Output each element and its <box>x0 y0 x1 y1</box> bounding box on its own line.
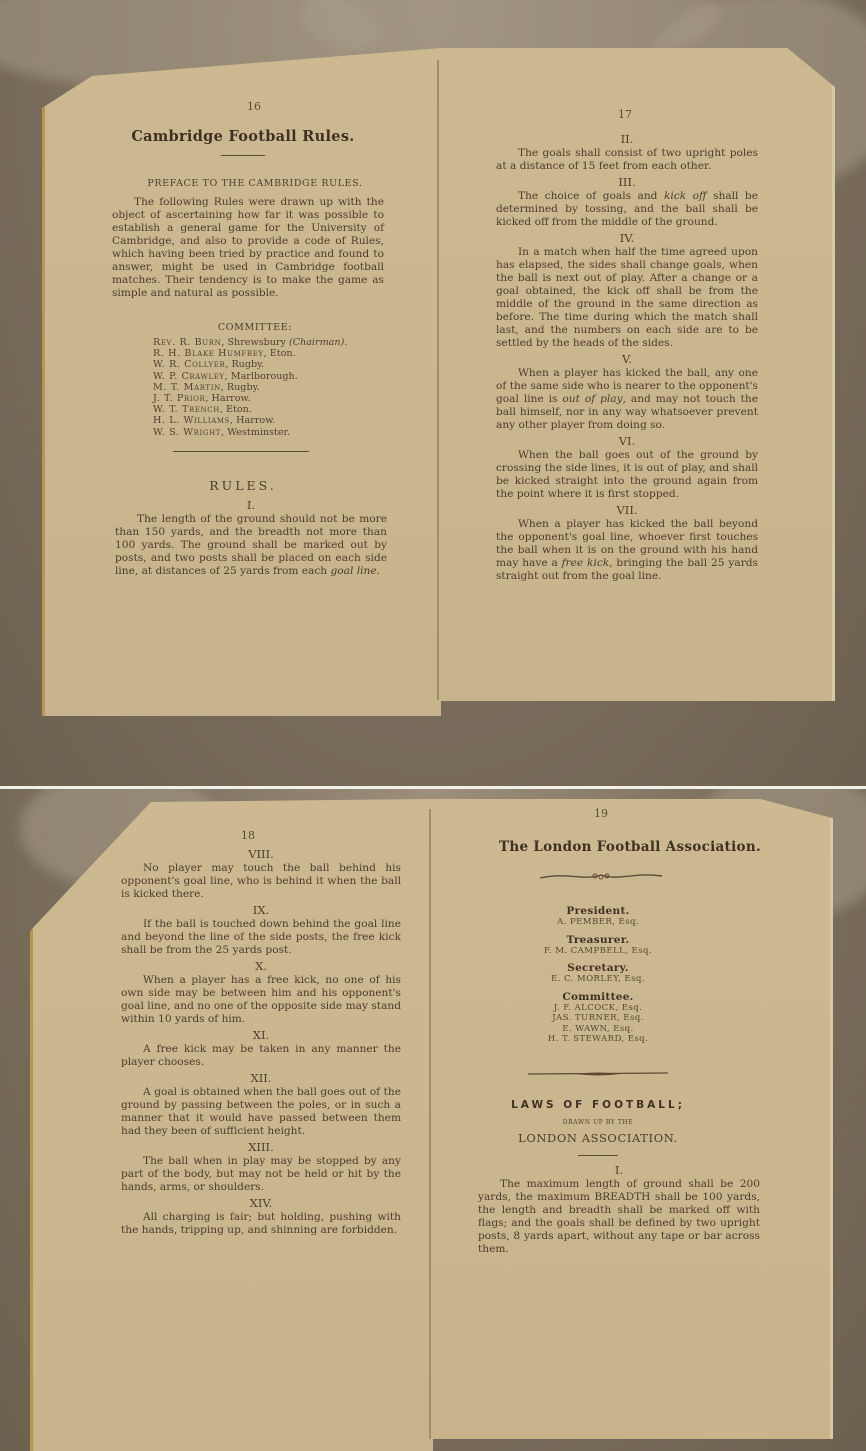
preface-heading: PREFACE TO THE CAMBRIDGE RULES. <box>105 178 405 189</box>
section-rule <box>173 451 309 452</box>
committee-member: W. R. Collyer, Rugby. <box>153 359 413 370</box>
committee-member: R. H. Blake Humfrey, Eton. <box>153 348 413 359</box>
officer-name: H. T. STEWARD, Esq. <box>430 1034 766 1045</box>
rule-text: When a player has kicked the ball, any o… <box>496 367 758 432</box>
page-18: 18 VIII.No player may touch the ball beh… <box>30 799 433 1451</box>
rule-text: A free kick may be taken in any manner t… <box>121 1043 401 1069</box>
rule-text: The ball when in play may be stopped by … <box>121 1155 401 1194</box>
page-number: 18 <box>241 829 255 842</box>
member-school: Eton. <box>270 348 296 359</box>
rules-list: I.The length of the ground should not be… <box>115 496 387 578</box>
rule-text: The choice of goals and kick off shall b… <box>496 190 758 229</box>
rule-text-main: All charging is fair; but holding, pushi… <box>121 1211 401 1236</box>
rules-list: II.The goals shall consist of two uprigh… <box>496 130 758 583</box>
member-note: (Chairman). <box>289 337 347 348</box>
officer-name: J. F. ALCOCK, Esq. <box>430 1003 766 1014</box>
rule-numeral: VI. <box>496 434 758 448</box>
rule-text-main: A free kick may be taken in any manner t… <box>121 1043 401 1068</box>
rule-text-italic-term: out of play <box>562 393 622 405</box>
book-gutter <box>429 809 431 1439</box>
member-name: Rev. R. Burn <box>153 337 221 348</box>
photo-bottom-spread: 18 VIII.No player may touch the ball beh… <box>0 789 866 1451</box>
photo-top-spread: 16 Cambridge Football Rules. PREFACE TO … <box>0 0 866 786</box>
rule-text-italic-term: free kick <box>562 557 610 569</box>
rule-text: The goals shall consist of two upright p… <box>496 147 758 173</box>
member-name: J. T. Prior <box>153 393 205 404</box>
rule-text-main: The maximum length of ground shall be 20… <box>478 1178 760 1255</box>
committee-member: H. L. Williams, Harrow. <box>153 415 413 426</box>
laws-heading: LAWS OF FOOTBALL; <box>430 1099 766 1111</box>
rule-numeral: IX. <box>121 903 401 917</box>
rule-text: The maximum length of ground shall be 20… <box>478 1178 760 1256</box>
rule-text: In a match when half the time agreed upo… <box>496 246 758 350</box>
committee-list: Rev. R. Burn, Shrewsbury(Chairman).R. H.… <box>153 337 413 438</box>
rule-text: All charging is fair; but holding, pushi… <box>121 1211 401 1237</box>
rule-numeral: III. <box>496 175 758 189</box>
rule-text-main: If the ball is touched down behind the g… <box>121 918 401 956</box>
officer-name: JAS. TURNER, Esq. <box>430 1013 766 1024</box>
rules-list: I.The maximum length of ground shall be … <box>478 1161 760 1256</box>
rule-text-main: The ball when in play may be stopped by … <box>121 1155 401 1193</box>
rule-text-main: The choice of goals and <box>518 190 664 202</box>
member-school: Marlborough. <box>231 371 298 382</box>
member-school: Shrewsbury <box>227 337 285 348</box>
member-school: Westminster. <box>227 427 290 438</box>
page-title: The London Football Association. <box>430 839 830 855</box>
officer-role: Treasurer. <box>430 934 766 946</box>
rule-text: When a player has a free kick, no one of… <box>121 974 401 1026</box>
member-school: Harrow. <box>212 393 251 404</box>
officer-role: President. <box>430 905 766 917</box>
member-name: W. P. Crawley <box>153 371 225 382</box>
rule-text: When the ball goes out of the ground by … <box>496 449 758 501</box>
rule-numeral: VIII. <box>121 847 401 861</box>
officer-role: Committee. <box>430 991 766 1003</box>
rule-numeral: VII. <box>496 503 758 517</box>
rule-text-main: When a player has a free kick, no one of… <box>121 974 401 1025</box>
page-number: 17 <box>618 108 632 121</box>
member-school: Eton. <box>226 404 252 415</box>
member-school: Rugby. <box>227 382 260 393</box>
rules-heading: RULES. <box>45 478 441 493</box>
rule-text: The length of the ground should not be m… <box>115 513 387 578</box>
rule-text-main: When the ball goes out of the ground by … <box>496 449 758 500</box>
officer-name: F. M. CAMPBELL, Esq. <box>430 946 766 957</box>
rule-numeral: V. <box>496 352 758 366</box>
page-17: 17 II.The goals shall consist of two upr… <box>438 48 835 701</box>
page-19: 19 The London Football Association. Pres… <box>430 799 833 1439</box>
page-title: Cambridge Football Rules. <box>45 128 441 145</box>
officer-name: E. C. MORLEY, Esq. <box>430 974 766 985</box>
member-name: W. R. Collyer <box>153 359 225 370</box>
rule-numeral: II. <box>496 132 758 146</box>
committee-heading: COMMITTEE: <box>155 322 355 333</box>
page-number: 16 <box>247 100 261 113</box>
ornament-rule-icon <box>528 1071 668 1077</box>
rule-numeral: I. <box>115 498 387 512</box>
officer-name: A. PEMBER, Esq. <box>430 917 766 928</box>
rule-numeral: X. <box>121 959 401 973</box>
rule-text: A goal is obtained when the ball goes ou… <box>121 1086 401 1138</box>
rule-text-main: No player may touch the ball behind his … <box>121 862 401 900</box>
book-gutter <box>437 60 439 700</box>
rules-list: VIII.No player may touch the ball behind… <box>121 845 401 1237</box>
member-name: W. S. Wright <box>153 427 221 438</box>
rule-text-tail: . <box>377 565 380 577</box>
rule-text: If the ball is touched down behind the g… <box>121 918 401 957</box>
ornament-swash-icon <box>538 869 664 883</box>
member-name: W. T. Trench <box>153 404 220 415</box>
officers-list: President.A. PEMBER, Esq.Treasurer.F. M.… <box>430 899 766 1045</box>
member-school: Rugby. <box>231 359 264 370</box>
rule-text: No player may touch the ball behind his … <box>121 862 401 901</box>
member-school: Harrow. <box>236 415 275 426</box>
committee-member: M. T. Martin, Rugby. <box>153 382 413 393</box>
rule-numeral: IV. <box>496 231 758 245</box>
member-name: H. L. Williams <box>153 415 230 426</box>
rule-text-main: In a match when half the time agreed upo… <box>496 246 758 349</box>
rule-text-main: A goal is obtained when the ball goes ou… <box>121 1086 401 1137</box>
page-16: 16 Cambridge Football Rules. PREFACE TO … <box>42 48 441 716</box>
rule-numeral: I. <box>478 1163 760 1177</box>
officer-name: E. WAWN, Esq. <box>430 1024 766 1035</box>
member-name: R. H. Blake Humfrey <box>153 348 264 359</box>
rule-text: When a player has kicked the ball beyond… <box>496 518 758 583</box>
rule-numeral: XI. <box>121 1028 401 1042</box>
page-number: 19 <box>594 807 608 820</box>
association-name: LONDON ASSOCIATION. <box>430 1131 766 1145</box>
committee-member: W. S. Wright, Westminster. <box>153 427 413 438</box>
section-rule <box>578 1155 618 1156</box>
committee-member: Rev. R. Burn, Shrewsbury(Chairman). <box>153 337 413 348</box>
committee-member: J. T. Prior, Harrow. <box>153 393 413 404</box>
committee-member: W. T. Trench, Eton. <box>153 404 413 415</box>
preface-text: The following Rules were drawn up with t… <box>112 196 384 300</box>
rule-text-italic-term: goal line <box>331 565 377 577</box>
rule-numeral: XIV. <box>121 1196 401 1210</box>
title-rule <box>221 155 265 156</box>
rule-numeral: XII. <box>121 1071 401 1085</box>
rule-text-italic-term: kick off <box>664 190 707 202</box>
officer-role: Secretary. <box>430 962 766 974</box>
committee-member: W. P. Crawley, Marlborough. <box>153 371 413 382</box>
drawn-up-by: DRAWN UP BY THE <box>430 1119 766 1126</box>
member-name: M. T. Martin <box>153 382 221 393</box>
rule-text-main: The goals shall consist of two upright p… <box>496 147 758 172</box>
rule-numeral: XIII. <box>121 1140 401 1154</box>
